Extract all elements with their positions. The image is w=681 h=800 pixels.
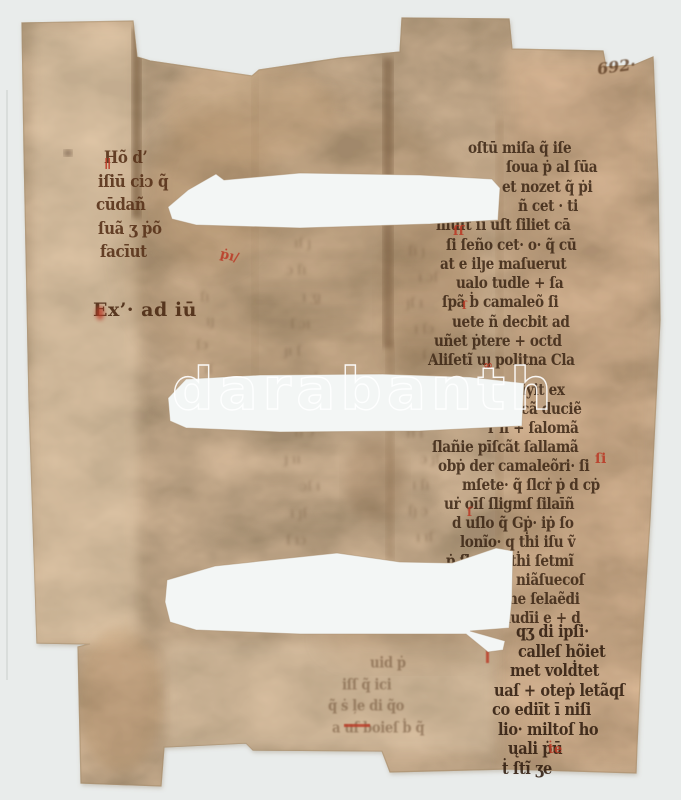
masking-strip-bottom [165,548,513,652]
darabanth-watermark: darabanth [172,360,556,418]
manuscript-scan: Hõ d’iſiū ciɔ q̃cūdañſuã ʒ ṗõfacīut Ex’·… [0,0,681,800]
masking-strip-top [168,173,500,228]
